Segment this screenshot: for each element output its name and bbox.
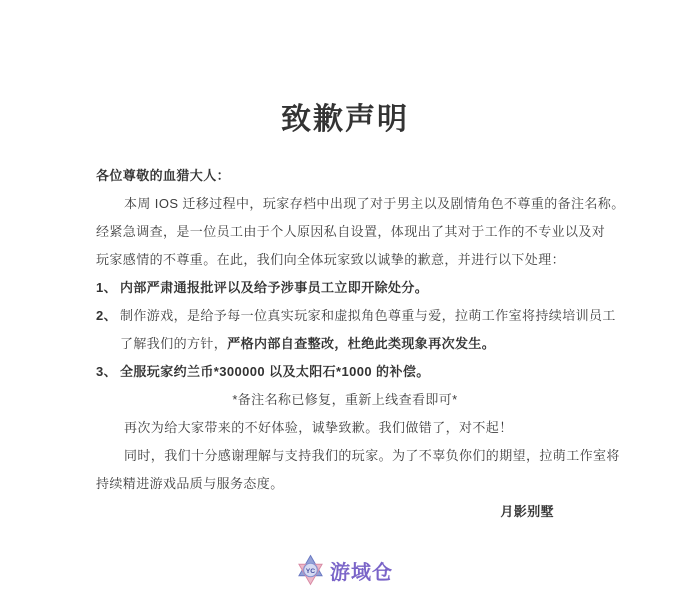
list-item-2: 2、 制作游戏，是给予每一位真实玩家和虚拟角色尊重与爱，拉萌工作室将持续培训员工 <box>96 302 594 330</box>
list-item-1: 1、 内部严肃通报批评以及给予涉事员工立即开除处分。 <box>96 274 594 302</box>
list-item-2-marker: 2、 <box>96 302 120 330</box>
brand-name: 游域仓 <box>330 556 393 585</box>
list-item-2-line-2-regular: 了解我们的方针， <box>120 336 227 351</box>
paragraph-3-line-1: 同时，我们十分感谢理解与支持我们的玩家。为了不辜负你们的期望，拉萌工作室将 <box>96 442 594 470</box>
list-item-2-line-2-bold: 严格内部自查整改，杜绝此类现象再次发生。 <box>227 336 495 351</box>
page-title: 致歉声明 <box>96 102 594 138</box>
brand-monogram: YC <box>306 568 316 575</box>
centered-note: *备注名称已修复，重新上线查看即可* <box>96 386 594 414</box>
brand-footer: YC 游域仓 <box>0 554 690 586</box>
apology-document: 致歉声明 各位尊敬的血猎大人： 本周 IOS 迁移过程中，玩家存档中出现了对于男… <box>0 0 690 526</box>
list-item-3: 3、 全服玩家约兰币*300000 以及太阳石*1000 的补偿。 <box>96 358 594 386</box>
paragraph-3-line-2: 持续精进游戏品质与服务态度。 <box>96 470 594 498</box>
list-item-2-line-1: 制作游戏，是给予每一位真实玩家和虚拟角色尊重与爱，拉萌工作室将持续培训员工 <box>120 302 616 330</box>
list-item-3-marker: 3、 <box>96 358 120 386</box>
list-item-1-marker: 1、 <box>96 274 120 302</box>
list-item-3-text: 全服玩家约兰币*300000 以及太阳石*1000 的补偿。 <box>120 358 594 386</box>
hexagram-star-icon: YC <box>297 554 324 586</box>
apology-statement-page: 致歉声明 各位尊敬的血猎大人： 本周 IOS 迁移过程中，玩家存档中出现了对于男… <box>0 0 690 604</box>
paragraph-1-line-1: 本周 IOS 迁移过程中，玩家存档中出现了对于男主以及剧情角色不尊重的备注名称。 <box>96 190 594 218</box>
list-item-2-line-2: 了解我们的方针，严格内部自查整改，杜绝此类现象再次发生。 <box>96 330 594 358</box>
paragraph-2: 再次为给大家带来的不好体验，诚挚致歉。我们做错了，对不起！ <box>96 414 594 442</box>
signature: 月影别墅 <box>96 498 594 526</box>
paragraph-1-line-2: 经紧急调查，是一位员工由于个人原因私自设置，体现出了其对于工作的不专业以及对 <box>96 218 594 246</box>
paragraph-1-line-3: 玩家感情的不尊重。在此，我们向全体玩家致以诚挚的歉意，并进行以下处理： <box>96 246 594 274</box>
salutation: 各位尊敬的血猎大人： <box>96 162 594 190</box>
list-item-1-text: 内部严肃通报批评以及给予涉事员工立即开除处分。 <box>120 274 594 302</box>
